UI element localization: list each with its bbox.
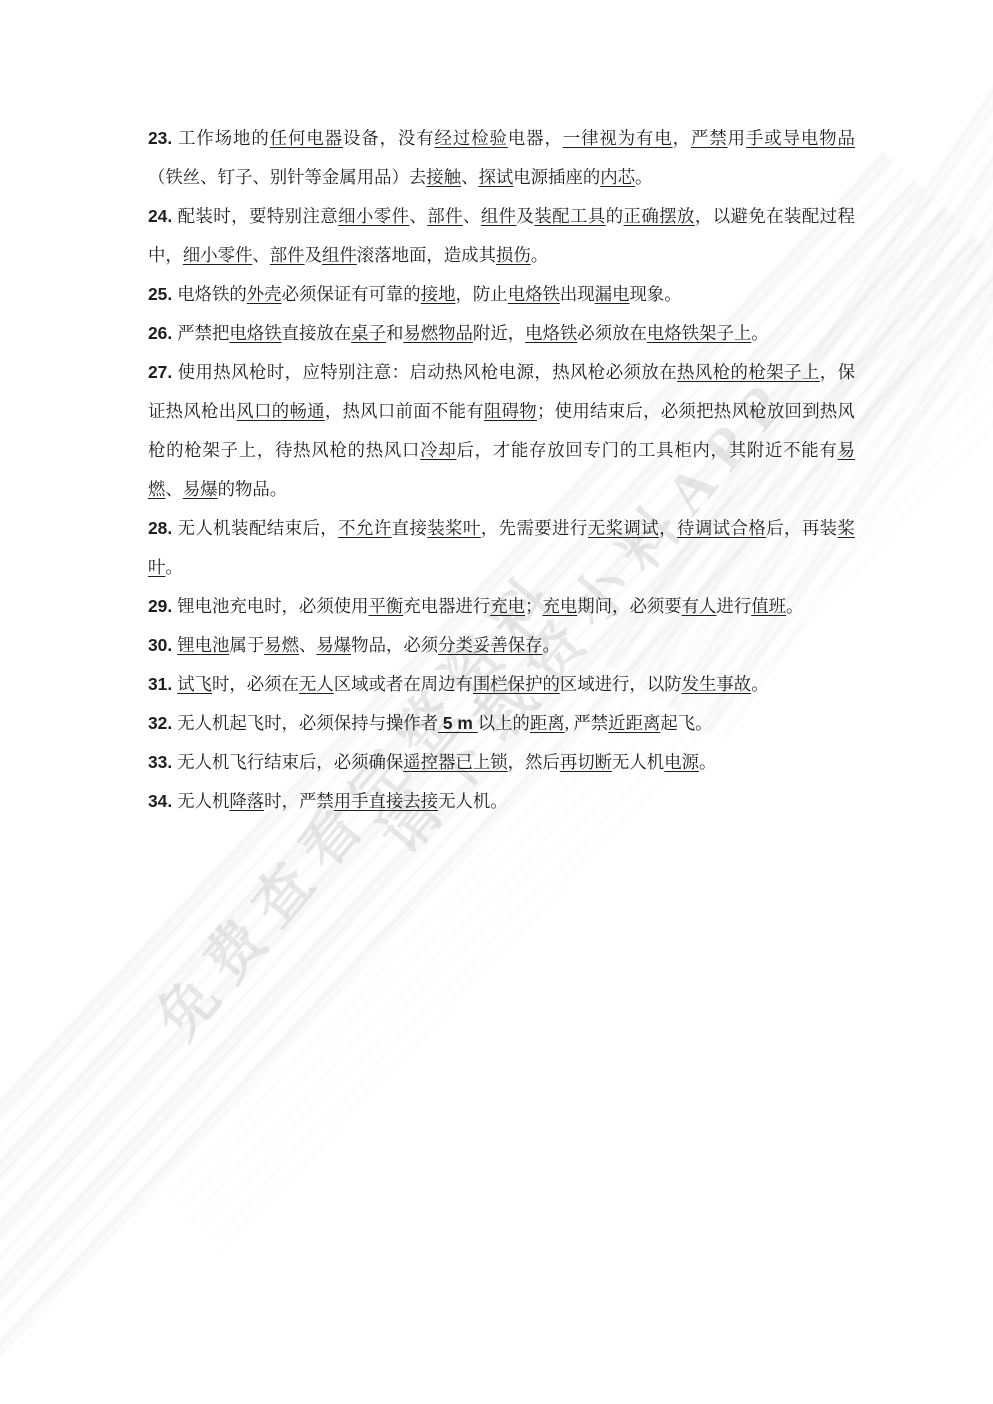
text-segment: 用 xyxy=(728,128,746,148)
underlined-text-segment: 风口的畅通 xyxy=(236,401,324,421)
list-item: 32.无人机起飞时，必须保持与操作者 5 m 以上的距离, 严禁近距离起飞。 xyxy=(148,704,855,743)
underlined-text-segment: 电烙铁 xyxy=(525,323,577,343)
underlined-text-segment: 电烙铁 xyxy=(508,284,560,304)
underlined-text-segment: 部件 xyxy=(270,245,305,265)
list-item: 27.使用热风枪时，应特别注意：启动热风枪电源，热风枪必须放在热风枪的枪架子上，… xyxy=(148,353,855,509)
text-segment: 期间，必须要 xyxy=(577,596,681,616)
underlined-text-segment: 充电 xyxy=(542,596,577,616)
underlined-text-segment: 易燃 xyxy=(264,635,299,655)
text-segment: 、 xyxy=(165,479,182,499)
text-segment: 。 xyxy=(751,674,768,694)
underlined-text-segment: 内芯 xyxy=(600,167,635,187)
underlined-text-segment: 易燃物品 xyxy=(403,323,473,343)
text-segment: 现象。 xyxy=(629,284,681,304)
underlined-text-segment: 遥控器已上锁 xyxy=(403,752,507,772)
underlined-text-segment: 细小零件 xyxy=(338,206,409,226)
underlined-text-segment: 经过检验 xyxy=(435,128,508,148)
underlined-text-segment: 电烙铁 xyxy=(229,323,281,343)
text-segment: 后，才能存放回专门的工具柜内，其附近不能有 xyxy=(457,440,838,460)
text-segment: 区域进行，以防 xyxy=(560,674,682,694)
text-segment: , 严禁 xyxy=(565,713,608,733)
text-segment: 的 xyxy=(606,206,624,226)
text-segment: 直接放在 xyxy=(282,323,352,343)
underlined-text-segment: 正确摆放 xyxy=(624,206,695,226)
text-segment: ，然后 xyxy=(508,752,560,772)
text-segment: 无人机。 xyxy=(438,791,508,811)
underlined-text-segment: 易爆 xyxy=(183,479,218,499)
text-segment: 属于 xyxy=(229,635,264,655)
underlined-text-segment: 桌子 xyxy=(351,323,386,343)
underlined-text-segment: 5 m xyxy=(438,713,478,733)
text-segment: 无人机 xyxy=(612,752,664,772)
underlined-text-segment: 近距离 xyxy=(608,713,660,733)
underlined-text-segment: 锂电池 xyxy=(177,635,229,655)
text-segment: ，防止 xyxy=(456,284,508,304)
text-segment: 和 xyxy=(386,323,403,343)
underlined-text-segment: 电源 xyxy=(664,752,699,772)
text-segment: （铁丝、钉子、别针等金属用品）去 xyxy=(148,167,426,187)
text-segment: 。 xyxy=(751,323,768,343)
underlined-text-segment: 距离 xyxy=(530,713,565,733)
text-segment: 物品，必须 xyxy=(351,635,438,655)
underlined-text-segment: 电烙铁架子上 xyxy=(647,323,751,343)
text-segment: 。 xyxy=(165,557,182,577)
list-item: 31.试飞时，必须在无人区域或者在周边有围栏保护的区域进行，以防发生事故。 xyxy=(148,665,855,704)
document-page: 免费查看完整资料 请下载资小料APP 23.工作场地的任何电器设备，没有经过检验… xyxy=(0,0,993,1404)
text-segment: 后，再装 xyxy=(766,518,837,538)
underlined-text-segment: 一律视为有电 xyxy=(563,128,673,148)
text-segment: 区域或者在周边有 xyxy=(334,674,473,694)
text-segment: 必须放在 xyxy=(577,323,647,343)
text-segment: 的物品。 xyxy=(218,479,288,499)
item-number: 29. xyxy=(148,596,172,616)
text-segment: 及 xyxy=(305,245,322,265)
text-segment: 、 xyxy=(461,167,478,187)
underlined-text-segment: 接地 xyxy=(421,284,456,304)
underlined-text-segment: 任何电器 xyxy=(270,128,343,148)
text-segment: 无人机起飞时，必须保持与操作者 xyxy=(177,713,438,733)
text-segment: 配装时，要特别注意 xyxy=(177,206,338,226)
list-item: 34.无人机降落时，严禁用手直接去接无人机。 xyxy=(148,782,855,821)
list-item: 28.无人机装配结束后，不允许直接装桨叶，先需要进行无桨调试，待调试合格后，再装… xyxy=(148,509,855,587)
underlined-text-segment: 不允许 xyxy=(338,518,392,538)
underlined-text-segment: 降落 xyxy=(229,791,264,811)
text-segment: 。 xyxy=(635,167,652,187)
text-segment: 。 xyxy=(786,596,803,616)
underlined-text-segment: 围栏保护的 xyxy=(473,674,560,694)
list-item: 33.无人机飞行结束后，必须确保遥控器已上锁，然后再切断无人机电源。 xyxy=(148,743,855,782)
text-segment: 以上的 xyxy=(478,713,530,733)
item-number: 31. xyxy=(148,674,172,694)
underlined-text-segment: 待调试合格 xyxy=(677,518,766,538)
item-number: 24. xyxy=(148,206,172,226)
item-number: 33. xyxy=(148,752,172,772)
text-segment: 及 xyxy=(517,206,535,226)
text-segment: 严禁把 xyxy=(177,323,229,343)
item-number: 27. xyxy=(148,362,172,382)
underlined-text-segment: 严禁 xyxy=(691,128,728,148)
text-segment: 无人机飞行结束后，必须确保 xyxy=(177,752,403,772)
text-segment: 使用热风枪时，应特别注意：启动热风枪电源，热风枪必须放在 xyxy=(177,362,677,382)
list-item: 30.锂电池属于易燃、易爆物品，必须分类妥善保存。 xyxy=(148,626,855,665)
text-segment: ， xyxy=(673,128,691,148)
underlined-text-segment: 漏电 xyxy=(595,284,630,304)
item-number: 30. xyxy=(148,635,172,655)
text-segment: 。 xyxy=(543,635,560,655)
text-segment: 进行 xyxy=(716,596,751,616)
text-segment: 。 xyxy=(699,752,716,772)
document-body: 23.工作场地的任何电器设备，没有经过检验电器，一律视为有电，严禁用手或导电物品… xyxy=(148,119,855,821)
text-segment: 无人机 xyxy=(177,791,229,811)
text-segment: 电烙铁的 xyxy=(177,284,247,304)
text-segment: 起飞。 xyxy=(660,713,712,733)
text-segment: ； xyxy=(525,596,542,616)
text-segment: 、 xyxy=(299,635,316,655)
underlined-text-segment: 冷却 xyxy=(420,440,456,460)
underlined-text-segment: 部件 xyxy=(427,206,463,226)
underlined-text-segment: 无人 xyxy=(299,674,334,694)
underlined-text-segment: 值班 xyxy=(751,596,786,616)
text-segment: 、 xyxy=(409,206,427,226)
list-item: 23.工作场地的任何电器设备，没有经过检验电器，一律视为有电，严禁用手或导电物品… xyxy=(148,119,855,197)
list-item: 26.严禁把电烙铁直接放在桌子和易燃物品附近，电烙铁必须放在电烙铁架子上。 xyxy=(148,314,855,353)
underlined-text-segment: 用手直接去接 xyxy=(334,791,438,811)
underlined-text-segment: 装配工具 xyxy=(534,206,605,226)
list-item: 25.电烙铁的外壳必须保证有可靠的接地，防止电烙铁出现漏电现象。 xyxy=(148,275,855,314)
text-segment: 必须保证有可靠的 xyxy=(282,284,421,304)
text-segment: 电器， xyxy=(508,128,563,148)
underlined-text-segment: 无桨调试 xyxy=(588,518,659,538)
underlined-text-segment: 充电 xyxy=(490,596,525,616)
underlined-text-segment: 细小零件 xyxy=(183,245,253,265)
text-segment: 、 xyxy=(463,206,481,226)
text-segment: 无人机装配结束后， xyxy=(177,518,338,538)
list-item: 24.配装时，要特别注意细小零件、部件、组件及装配工具的正确摆放，以避免在装配过… xyxy=(148,197,855,275)
text-segment: 时，严禁 xyxy=(264,791,334,811)
item-number: 25. xyxy=(148,284,172,304)
text-segment: 时，必须在 xyxy=(212,674,299,694)
text-segment: 滚落地面，造成其 xyxy=(357,245,496,265)
item-number: 32. xyxy=(148,713,172,733)
underlined-text-segment: 再切断 xyxy=(560,752,612,772)
text-segment: 。 xyxy=(531,245,548,265)
text-segment: 锂电池充电时，必须使用 xyxy=(177,596,368,616)
underlined-text-segment: 接触 xyxy=(426,167,461,187)
text-segment: 附近， xyxy=(473,323,525,343)
text-segment: 、 xyxy=(252,245,269,265)
item-number: 28. xyxy=(148,518,172,538)
underlined-text-segment: 阻碍物 xyxy=(484,401,537,421)
underlined-text-segment: 组件 xyxy=(322,245,357,265)
underlined-text-segment: 易爆 xyxy=(316,635,351,655)
underlined-text-segment: 组件 xyxy=(481,206,517,226)
underlined-text-segment: 手或导电物品 xyxy=(746,128,855,148)
text-segment: 出现 xyxy=(560,284,595,304)
underlined-text-segment: 分类妥善保存 xyxy=(438,635,542,655)
underlined-text-segment: 探试 xyxy=(478,167,513,187)
underlined-text-segment: 热风枪的枪架子上 xyxy=(677,362,820,382)
item-number: 34. xyxy=(148,791,172,811)
item-number: 23. xyxy=(148,128,172,148)
underlined-text-segment: 有人 xyxy=(682,596,717,616)
underlined-text-segment: 损伤 xyxy=(496,245,531,265)
text-segment: ，先需要进行 xyxy=(481,518,588,538)
text-segment: 工作场地的 xyxy=(177,128,270,148)
underlined-text-segment: 平衡 xyxy=(369,596,404,616)
list-item: 29.锂电池充电时，必须使用平衡充电器进行充电；充电期间，必须要有人进行值班。 xyxy=(148,587,855,626)
underlined-text-segment: 装桨叶 xyxy=(427,518,481,538)
underlined-text-segment: 发生事故 xyxy=(682,674,752,694)
underlined-text-segment: 外壳 xyxy=(247,284,282,304)
underlined-text-segment: 试飞 xyxy=(177,674,212,694)
text-segment: ，热风口前面不能有 xyxy=(325,401,484,421)
text-segment: 充电器进行 xyxy=(403,596,490,616)
text-segment: 直接 xyxy=(392,518,428,538)
text-segment: 电源插座的 xyxy=(513,167,600,187)
text-segment: 设备，没有 xyxy=(343,128,435,148)
item-number: 26. xyxy=(148,323,172,343)
text-segment: ， xyxy=(659,518,677,538)
